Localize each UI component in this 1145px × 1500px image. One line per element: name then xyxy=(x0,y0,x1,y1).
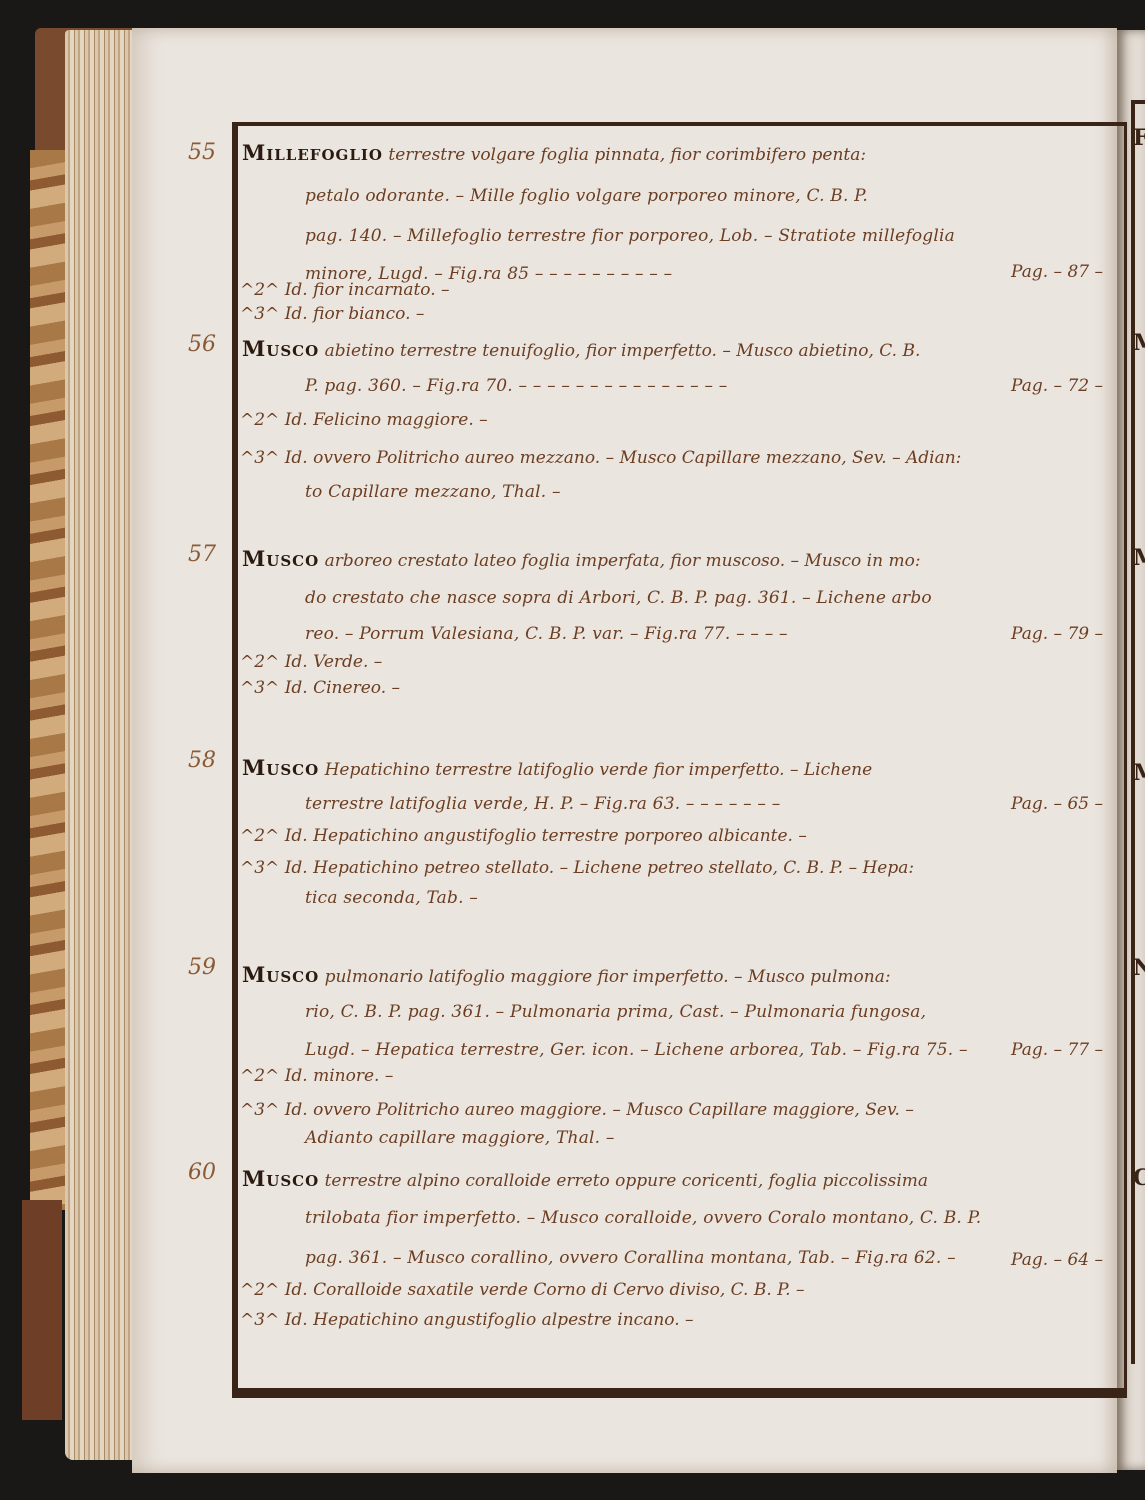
facing-capital: N xyxy=(1133,955,1145,981)
variety-line: ^2^ Id. Felicino maggiore. – xyxy=(240,410,488,430)
entry-line: P. pag. 360. – Fig.ra 70. – – – – – – – … xyxy=(305,376,727,396)
entry-capital: Musco xyxy=(242,336,319,361)
entry-heading: Musco terrestre alpino coralloide erreto… xyxy=(242,1166,928,1191)
entry-line: do crestato che nasce sopra di Arbori, C… xyxy=(305,588,932,608)
entry-line: abietino terrestre tenuifoglio, fior imp… xyxy=(325,341,921,361)
entry-capital: Musco xyxy=(242,755,319,780)
entry-number: 57 xyxy=(188,542,216,567)
variety-line: ^3^ Id. ovvero Politricho aureo maggiore… xyxy=(240,1100,914,1120)
entry-heading: Millefoglio terrestre volgare foglia pin… xyxy=(242,140,866,165)
entry-line: rio, C. B. P. pag. 361. – Pulmonaria pri… xyxy=(305,1002,926,1022)
entry-line: terrestre alpino coralloide erreto oppur… xyxy=(325,1171,928,1191)
entry-number: 58 xyxy=(188,748,216,773)
entry-line: pulmonario latifoglio maggiore fior impe… xyxy=(325,967,891,987)
variety-line: ^2^ Id. Coralloide saxatile verde Corno … xyxy=(240,1280,804,1300)
variety-line: ^3^ Id. Hepatichino angustifoglio alpest… xyxy=(240,1310,694,1330)
entry-capital: Musco xyxy=(242,962,319,987)
page-reference: Pag. – 77 – xyxy=(1011,1040,1103,1060)
facing-capital: M xyxy=(1133,545,1145,571)
book-cover-bottom xyxy=(22,1200,62,1420)
entry-heading: Musco abietino terrestre tenuifoglio, fi… xyxy=(242,336,920,361)
entry-number: 60 xyxy=(188,1160,216,1185)
page-edges xyxy=(65,30,140,1460)
facing-capital: F xyxy=(1133,125,1145,151)
entry-number: 55 xyxy=(188,140,216,165)
page-reference: Pag. – 65 – xyxy=(1011,794,1103,814)
page-reference: Pag. – 64 – xyxy=(1011,1250,1103,1270)
entry-line: petalo odorante. – Mille foglio volgare … xyxy=(305,186,868,206)
variety-line: ^2^ Id. Hepatichino angustifoglio terres… xyxy=(240,826,807,846)
entry-line: terrestre volgare foglia pinnata, fior c… xyxy=(388,145,866,165)
variety-line: tica seconda, Tab. – xyxy=(305,888,478,908)
page-reference: Pag. – 79 – xyxy=(1011,624,1103,644)
entry-line: Hepatichino terrestre latifoglio verde f… xyxy=(325,760,873,780)
facing-capital: M xyxy=(1133,330,1145,356)
entry-line: terrestre latifoglia verde, H. P. – Fig.… xyxy=(305,794,780,814)
entry-capital: Millefoglio xyxy=(242,140,383,165)
page-reference: Pag. – 87 – xyxy=(1011,262,1103,282)
variety-line: ^3^ Id. Cinereo. – xyxy=(240,678,400,698)
variety-line: ^3^ Id. Hepatichino petreo stellato. – L… xyxy=(240,858,914,878)
variety-line: to Capillare mezzano, Thal. – xyxy=(305,482,561,502)
entry-capital: Musco xyxy=(242,546,319,571)
entry-line: Lugd. – Hepatica terrestre, Ger. icon. –… xyxy=(305,1040,968,1060)
entry-number: 56 xyxy=(188,332,216,357)
entry-line: trilobata fior imperfetto. – Musco coral… xyxy=(305,1208,981,1228)
variety-line: ^2^ Id. fior incarnato. – xyxy=(240,280,450,300)
entry-capital: Musco xyxy=(242,1166,319,1191)
entry-line: arboreo crestato lateo foglia imperfata,… xyxy=(325,551,921,571)
variety-line: Adianto capillare maggiore, Thal. – xyxy=(305,1128,615,1148)
facing-capital: M xyxy=(1133,760,1145,786)
entry-line: pag. 140. – Millefoglio terrestre fior p… xyxy=(305,226,955,246)
facing-capital: C xyxy=(1133,1165,1145,1191)
entry-heading: Musco arboreo crestato lateo foglia impe… xyxy=(242,546,921,571)
entry-heading: Musco pulmonario latifoglio maggiore fio… xyxy=(242,962,891,987)
entry-line: reo. – Porrum Valesiana, C. B. P. var. –… xyxy=(305,624,788,644)
entry-heading: Musco Hepatichino terrestre latifoglio v… xyxy=(242,755,872,780)
variety-line: ^2^ Id. Verde. – xyxy=(240,652,382,672)
entry-number: 59 xyxy=(188,955,216,980)
variety-line: ^3^ Id. ovvero Politricho aureo mezzano.… xyxy=(240,448,961,468)
entry-line: pag. 361. – Musco corallino, ovvero Cora… xyxy=(305,1248,956,1268)
variety-line: ^2^ Id. minore. – xyxy=(240,1066,393,1086)
variety-line: ^3^ Id. fior bianco. – xyxy=(240,304,424,324)
page-reference: Pag. – 72 – xyxy=(1011,376,1103,396)
